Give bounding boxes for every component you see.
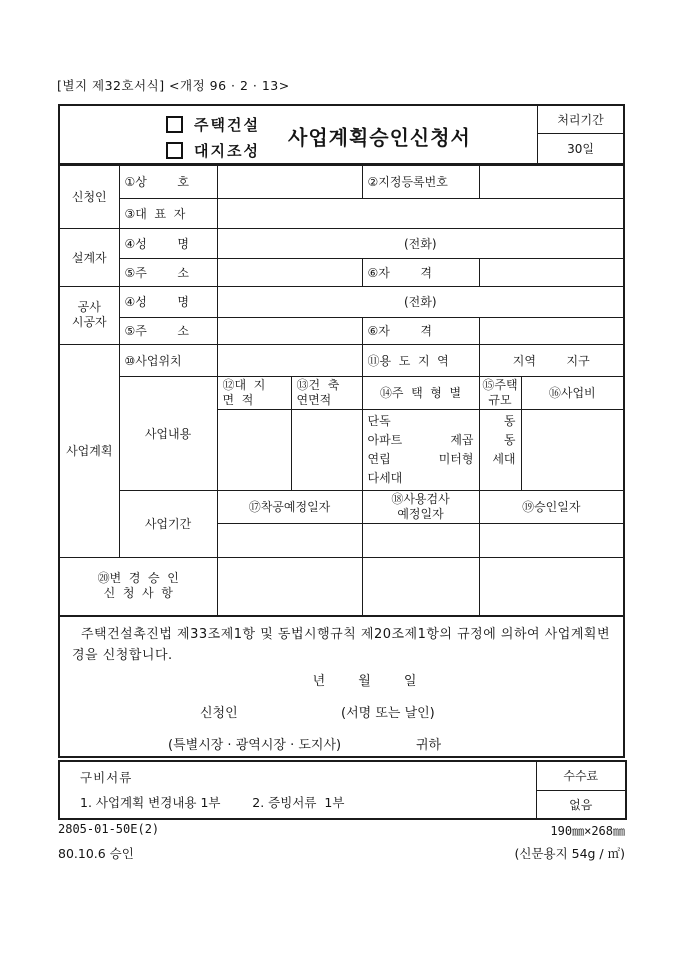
housing-construction-label: 주택건설: [194, 114, 260, 135]
registration-number-label: ②지정등록번호: [362, 165, 479, 198]
housing-type-line: 연립 미터형: [368, 450, 474, 469]
use-zone-label: ⑪용 도 지 역: [362, 344, 479, 376]
construction-start-header: ⑰착공예정일자: [217, 490, 362, 523]
housing-type-multiplex: 다세대: [368, 469, 403, 488]
declaration-applicant-label: 신청인: [200, 702, 238, 721]
housing-scale-input-cell[interactable]: 동 동 세대: [479, 409, 521, 490]
declaration-box: 주택건설촉진법 제33조제1항 및 동법시행규칙 제20조제1항의 규정에 의하…: [58, 615, 625, 758]
site-development-label: 대지조성: [194, 140, 260, 161]
project-cost-input-cell[interactable]: [521, 409, 624, 490]
site-area-header: ⑫대 지 면 적: [217, 376, 291, 409]
documents-cell: 구비서류 1. 사업계획 변경내용 1부 2. 증빙서류 1부: [59, 761, 536, 819]
zone-district-cell[interactable]: 지역 지구: [479, 344, 624, 376]
housing-scale-header-line2: 규모: [481, 393, 520, 408]
contractor-name-label: ④성 명: [119, 286, 217, 317]
form-title: 사업계획승인신청서: [288, 121, 471, 150]
building-area-header-line2: 연면적: [297, 393, 357, 408]
documents-table: 구비서류 1. 사업계획 변경내용 1부 2. 증빙서류 1부 수수료 없음: [58, 760, 627, 820]
company-name-label: ①상 호: [119, 165, 217, 198]
approval-date-input-cell[interactable]: [479, 523, 624, 557]
housing-construction-checkbox[interactable]: [166, 116, 183, 133]
housing-type-header: ⑭주 택 형 별: [362, 376, 479, 409]
scale-unit-dong1: 동: [485, 412, 516, 431]
paper-size: 190㎜×268㎜: [550, 822, 625, 839]
site-development-checkbox[interactable]: [166, 142, 183, 159]
main-form-table: 신청인 ①상 호 ②지정등록번호 ③대 표 자 설계자 ④성 명 (전화) ⑤주…: [58, 164, 625, 617]
project-cost-header: ⑯사업비: [521, 376, 624, 409]
fee-value: 없음: [536, 790, 626, 819]
designer-address-label: ⑤주 소: [119, 258, 217, 286]
title-box: 주택건설 대지조성 사업계획승인신청서 처리기간 30일: [58, 104, 625, 165]
approval-date-header: ⑲승인일자: [479, 490, 624, 523]
fee-label: 수수료: [536, 761, 626, 790]
project-content-label: 사업내용: [119, 376, 217, 490]
project-period-label: 사업기간: [119, 490, 217, 557]
contractor-address-input-cell[interactable]: [217, 317, 362, 344]
representative-label: ③대 표 자: [119, 198, 217, 228]
footer-row-2: 80.10.6 승인 (신문용지 54g / ㎡): [58, 844, 625, 862]
project-location-label: ⑩사업위치: [119, 344, 217, 376]
housing-scale-header: ⑮주택 규모: [479, 376, 521, 409]
documents-title: 구비서류: [80, 768, 132, 786]
designer-qualification-label: ⑥자 격: [362, 258, 479, 286]
contractor-qualification-label: ⑥자 격: [362, 317, 479, 344]
form-code: 2805-01-50E(2): [58, 822, 159, 839]
footer-row-1: 2805-01-50E(2) 190㎜×268㎜: [58, 822, 625, 839]
construction-start-input-cell[interactable]: [217, 523, 362, 557]
designer-phone-cell[interactable]: (전화): [217, 228, 624, 258]
contractor-phone-cell[interactable]: (전화): [217, 286, 624, 317]
contractor-group-label: 공사 시공자: [59, 286, 119, 344]
housing-scale-header-line1: ⑮주택: [481, 378, 520, 393]
change-approval-input-cell-2[interactable]: [362, 557, 479, 616]
contractor-qualification-input-cell[interactable]: [479, 317, 624, 344]
documents-items: 1. 사업계획 변경내용 1부 2. 증빙서류 1부: [80, 793, 344, 811]
company-name-input-cell[interactable]: [217, 165, 362, 198]
housing-type-line: 단독: [368, 412, 474, 431]
building-area-header: ⑬건 축 연면적: [291, 376, 362, 409]
contractor-address-label: ⑤주 소: [119, 317, 217, 344]
housing-type-rowhouse: 연립: [368, 450, 391, 469]
scale-unit-household: 세대: [485, 450, 516, 469]
plan-group-label: 사업계획: [59, 344, 119, 557]
change-approval-label: ⑳변 경 승 인 신 청 사 항: [59, 557, 217, 616]
building-area-input-cell[interactable]: [291, 409, 362, 490]
site-development-option: 대지조성: [166, 140, 260, 160]
applicant-group-label: 신청인: [59, 165, 119, 228]
declaration-to-label: 귀하: [416, 734, 441, 753]
processing-period-label: 처리기간: [538, 106, 623, 134]
housing-type-unit-part2: 제곱: [450, 431, 473, 450]
contractor-label-line1: 공사: [65, 300, 114, 315]
change-approval-label-line2: 신 청 사 항: [65, 586, 212, 601]
housing-type-detached: 단독: [368, 412, 391, 431]
housing-type-line: 다세대: [368, 469, 474, 488]
usage-inspection-header: ⑱사용검사 예정일자: [362, 490, 479, 523]
housing-type-line: 아파트 제곱: [368, 431, 474, 450]
change-approval-input-cell-3[interactable]: [479, 557, 624, 616]
housing-type-apartment: 아파트: [368, 431, 403, 450]
change-approval-label-line1: ⑳변 경 승 인: [65, 571, 212, 586]
site-area-header-line2: 면 적: [223, 393, 286, 408]
scale-unit-dong2: 동: [485, 431, 516, 450]
declaration-date-line[interactable]: 년 월 일: [60, 670, 623, 689]
building-area-header-line1: ⑬건 축: [297, 378, 357, 393]
usage-inspection-header-line2: 예정일자: [368, 507, 474, 522]
change-approval-input-cell-1[interactable]: [217, 557, 362, 616]
declaration-seal-note: (서명 또는 날인): [341, 702, 435, 721]
contractor-label-line2: 시공자: [65, 315, 114, 330]
registration-number-input-cell[interactable]: [479, 165, 624, 198]
housing-type-options-cell[interactable]: 단독 아파트 제곱 연립 미터형 다세대: [362, 409, 479, 490]
approval-note: 80.10.6 승인: [58, 844, 134, 862]
usage-inspection-input-cell[interactable]: [362, 523, 479, 557]
header-note: [별지 제32호서식] <개정 96 · 2 · 13>: [57, 76, 290, 94]
processing-period-value: 30일: [538, 134, 623, 163]
designer-address-input-cell[interactable]: [217, 258, 362, 286]
designer-group-label: 설계자: [59, 228, 119, 286]
declaration-addressee: (특별시장 · 광역시장 · 도지사): [168, 734, 341, 753]
site-area-input-cell[interactable]: [217, 409, 291, 490]
site-area-header-line1: ⑫대 지: [223, 378, 286, 393]
declaration-text: 주택건설촉진법 제33조제1항 및 동법시행규칙 제20조제1항의 규정에 의하…: [72, 624, 614, 666]
designer-qualification-input-cell[interactable]: [479, 258, 624, 286]
designer-name-label: ④성 명: [119, 228, 217, 258]
usage-inspection-header-line1: ⑱사용검사: [368, 492, 474, 507]
paper-spec: (신문용지 54g / ㎡): [514, 844, 625, 862]
title-left-area: 주택건설 대지조성 사업계획승인신청서: [60, 106, 538, 163]
representative-input-cell[interactable]: [217, 198, 624, 228]
project-location-input-cell[interactable]: [217, 344, 362, 376]
housing-construction-option: 주택건설: [166, 114, 260, 134]
processing-period-box: 처리기간 30일: [538, 106, 623, 163]
housing-type-unit-part3: 미터형: [439, 450, 474, 469]
